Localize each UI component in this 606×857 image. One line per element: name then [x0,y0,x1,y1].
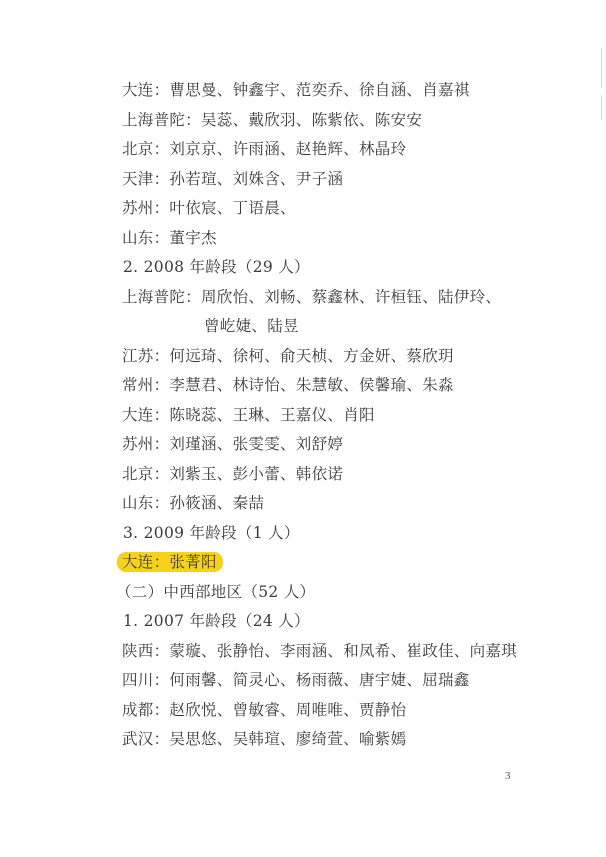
list-item-shanghai-putuo: 上海普陀：周欣怡、刘畅、蔡鑫林、许桓钰、陆伊玲、 [122,283,562,313]
list-item-dalian: 大连：曹思曼、钟鑫宇、范奕乔、徐自涵、肖嘉祺 [122,76,562,106]
list-item-suzhou: 苏州：叶依宸、丁语晨、 [122,194,562,224]
scan-edge-mark [601,48,602,88]
list-item-beijing: 北京：刘紫玉、彭小蕾、韩依诺 [122,460,562,490]
document-body: 大连：曹思曼、钟鑫宇、范奕乔、徐自涵、肖嘉祺 上海普陀：吴蕊、戴欣羽、陈紫依、陈… [122,76,562,755]
age-group-heading-2008: 2. 2008 年龄段（29 人） [123,253,562,283]
list-item-sichuan: 四川：何雨馨、简灵心、杨雨薇、唐宇婕、屈瑞鑫 [122,666,562,696]
highlighted-text: 大连：张菁阳 [117,552,223,572]
list-item-wuhan: 武汉：吴思悠、吴韩瑄、廖绮萱、喻紫嫣 [122,725,562,755]
list-item-shaanxi: 陕西：蒙璇、张静怡、李雨涵、和凤希、崔政佳、向嘉琪 [122,637,562,667]
list-item-dalian-highlighted: 大连：张菁阳 [122,548,562,578]
list-item-tianjin: 天津：孙若瑄、刘姝含、尹子涵 [122,165,562,195]
age-group-heading-2007: 1. 2007 年龄段（24 人） [123,607,562,637]
list-item-dalian: 大连：陈晓蕊、王琳、王嘉仪、肖阳 [122,401,562,431]
list-item-shandong: 山东：董宇杰 [122,224,562,254]
page-number: 3 [505,770,511,782]
scan-edge-mark [601,95,602,120]
list-item-continuation: 曾屹婕、陆昱 [122,312,562,342]
list-item-changzhou: 常州：李慧君、林诗怡、朱慧敏、侯馨瑜、朱淼 [122,371,562,401]
age-group-heading-2009: 3. 2009 年龄段（1 人） [123,519,562,549]
list-item-shanghai-putuo: 上海普陀：吴蕊、戴欣羽、陈紫依、陈安安 [122,106,562,136]
document-page: 大连：曹思曼、钟鑫宇、范奕乔、徐自涵、肖嘉祺 上海普陀：吴蕊、戴欣羽、陈紫依、陈… [0,0,606,857]
list-item-suzhou: 苏州：刘瑾涵、张雯雯、刘舒婷 [122,430,562,460]
section-heading-central-western: （二）中西部地区（52 人） [116,578,562,608]
list-item-chengdu: 成都：赵欣悦、曾敏睿、周唯唯、贾静怡 [122,696,562,726]
list-item-beijing: 北京：刘京京、许雨涵、赵艳辉、林晶玲 [122,135,562,165]
list-item-shandong: 山东：孙筱涵、秦喆 [122,489,562,519]
list-item-jiangsu: 江苏：何远琦、徐柯、俞天桢、方金妍、蔡欣玥 [122,342,562,372]
